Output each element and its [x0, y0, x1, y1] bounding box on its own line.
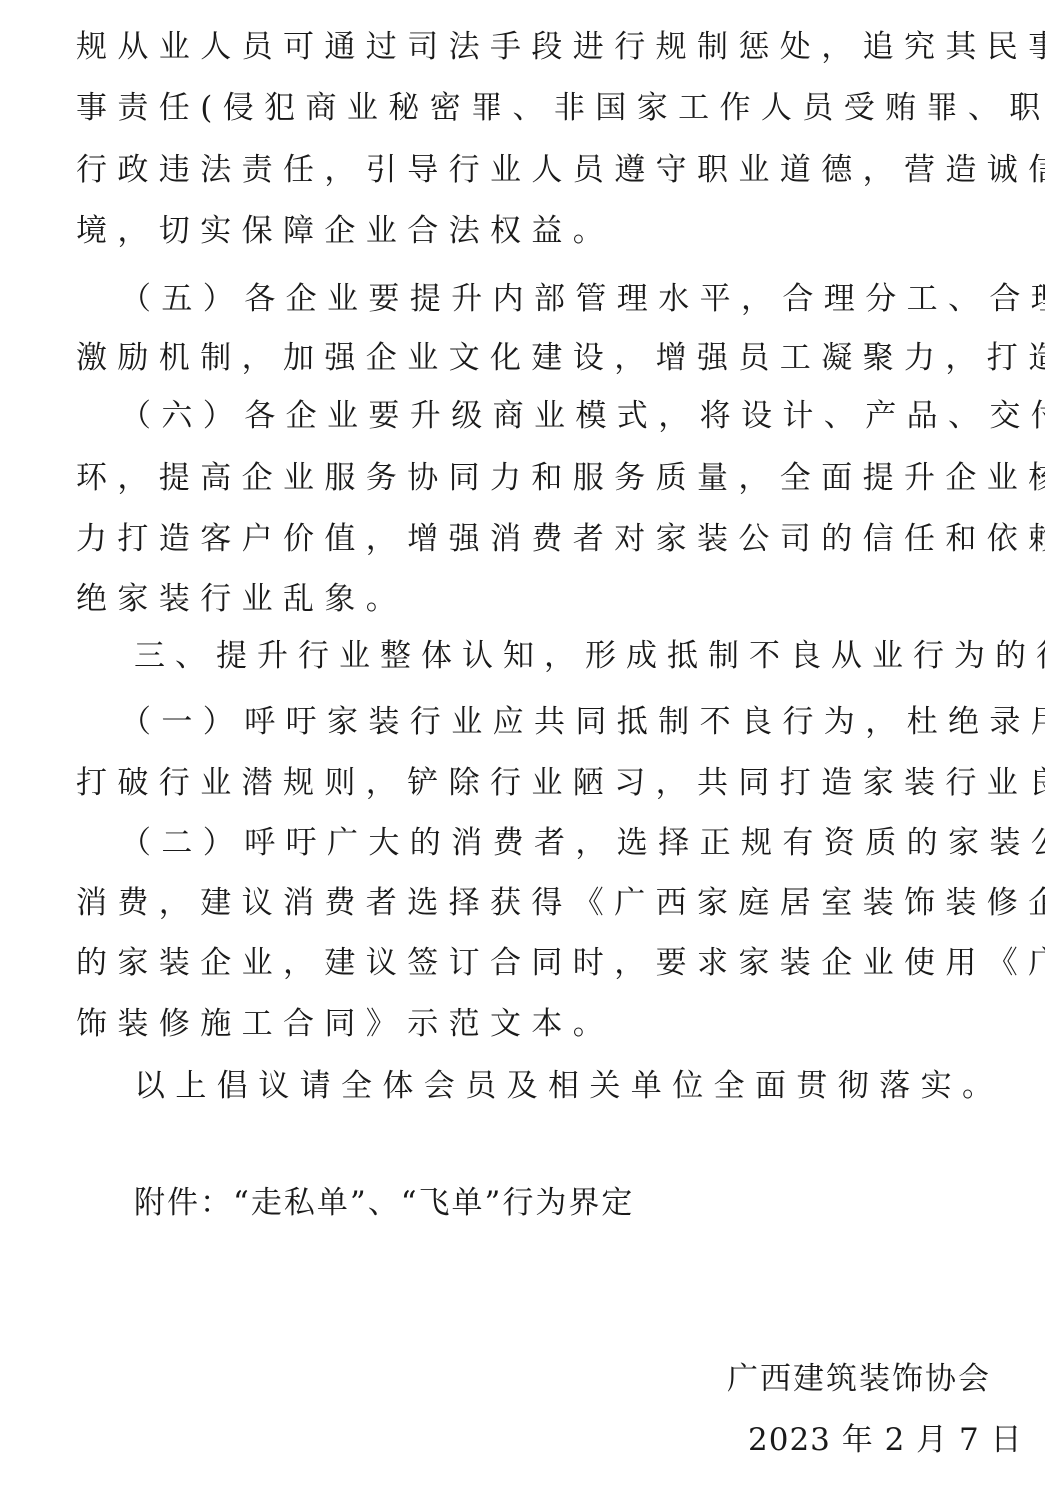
paragraph-line: 的家装企业，建议签订合同时，要求家装企业使用《广西家庭居室装	[76, 940, 971, 986]
paragraph-line: 行政违法责任，引导行业人员遵守职业道德，营造诚信守法的营商环	[76, 147, 971, 193]
closing-line: 以上倡议请全体会员及相关单位全面贯彻落实。	[134, 1063, 1029, 1109]
paragraph-line: 事责任(侵犯商业秘密罪、非国家工作人员受贿罪、职务侵占罪等)、	[76, 85, 971, 131]
paragraph-line: 打破行业潜规则，铲除行业陋习，共同打造家装行业良好营商环境。	[76, 760, 971, 806]
section-heading: 三、提升行业整体认知，形成抵制不良从业行为的行业氛围	[134, 633, 1029, 679]
paragraph-line: 力打造客户价值，增强消费者对家装公司的信任和依赖，从根本上杜	[76, 516, 971, 562]
paragraph-line: 饰装修施工合同》示范文本。	[76, 1001, 971, 1047]
paragraph-line: 消费，建议消费者选择获得《广西家庭居室装饰装修企业信用评价》	[76, 880, 971, 926]
paragraph-line: 境，切实保障企业合法权益。	[76, 208, 971, 254]
paragraph-line: （六）各企业要升级商业模式，将设计、产品、交付形成融合闭	[120, 393, 1015, 439]
paragraph-line: （五）各企业要提升内部管理水平，合理分工、合理分配，优化	[120, 276, 1015, 322]
signature-organization: 广西建筑装饰协会	[727, 1356, 991, 1402]
paragraph-line: （一）呼吁家装行业应共同抵制不良行为，杜绝录用失信人员，	[120, 699, 1015, 745]
paragraph-line: （二）呼吁广大的消费者，选择正规有资质的家装公司开展理性	[120, 820, 1015, 866]
paragraph-line: 规从业人员可通过司法手段进行规制惩处，追究其民事赔偿责任、刑	[76, 24, 971, 70]
signature-date: 2023 年 2 月 7 日	[748, 1417, 1023, 1463]
paragraph-line: 环，提高企业服务协同力和服务质量，全面提升企业核心竞争力，着	[76, 455, 971, 501]
paragraph-line: 激励机制，加强企业文化建设，增强员工凝聚力，打造团队向心力。	[76, 335, 971, 381]
attachment-line: 附件：“走私单”、“飞单”行为界定	[134, 1180, 1029, 1226]
document-page: 规从业人员可通过司法手段进行规制惩处，追究其民事赔偿责任、刑 事责任(侵犯商业秘…	[0, 0, 1045, 1497]
paragraph-line: 绝家装行业乱象。	[76, 576, 971, 622]
